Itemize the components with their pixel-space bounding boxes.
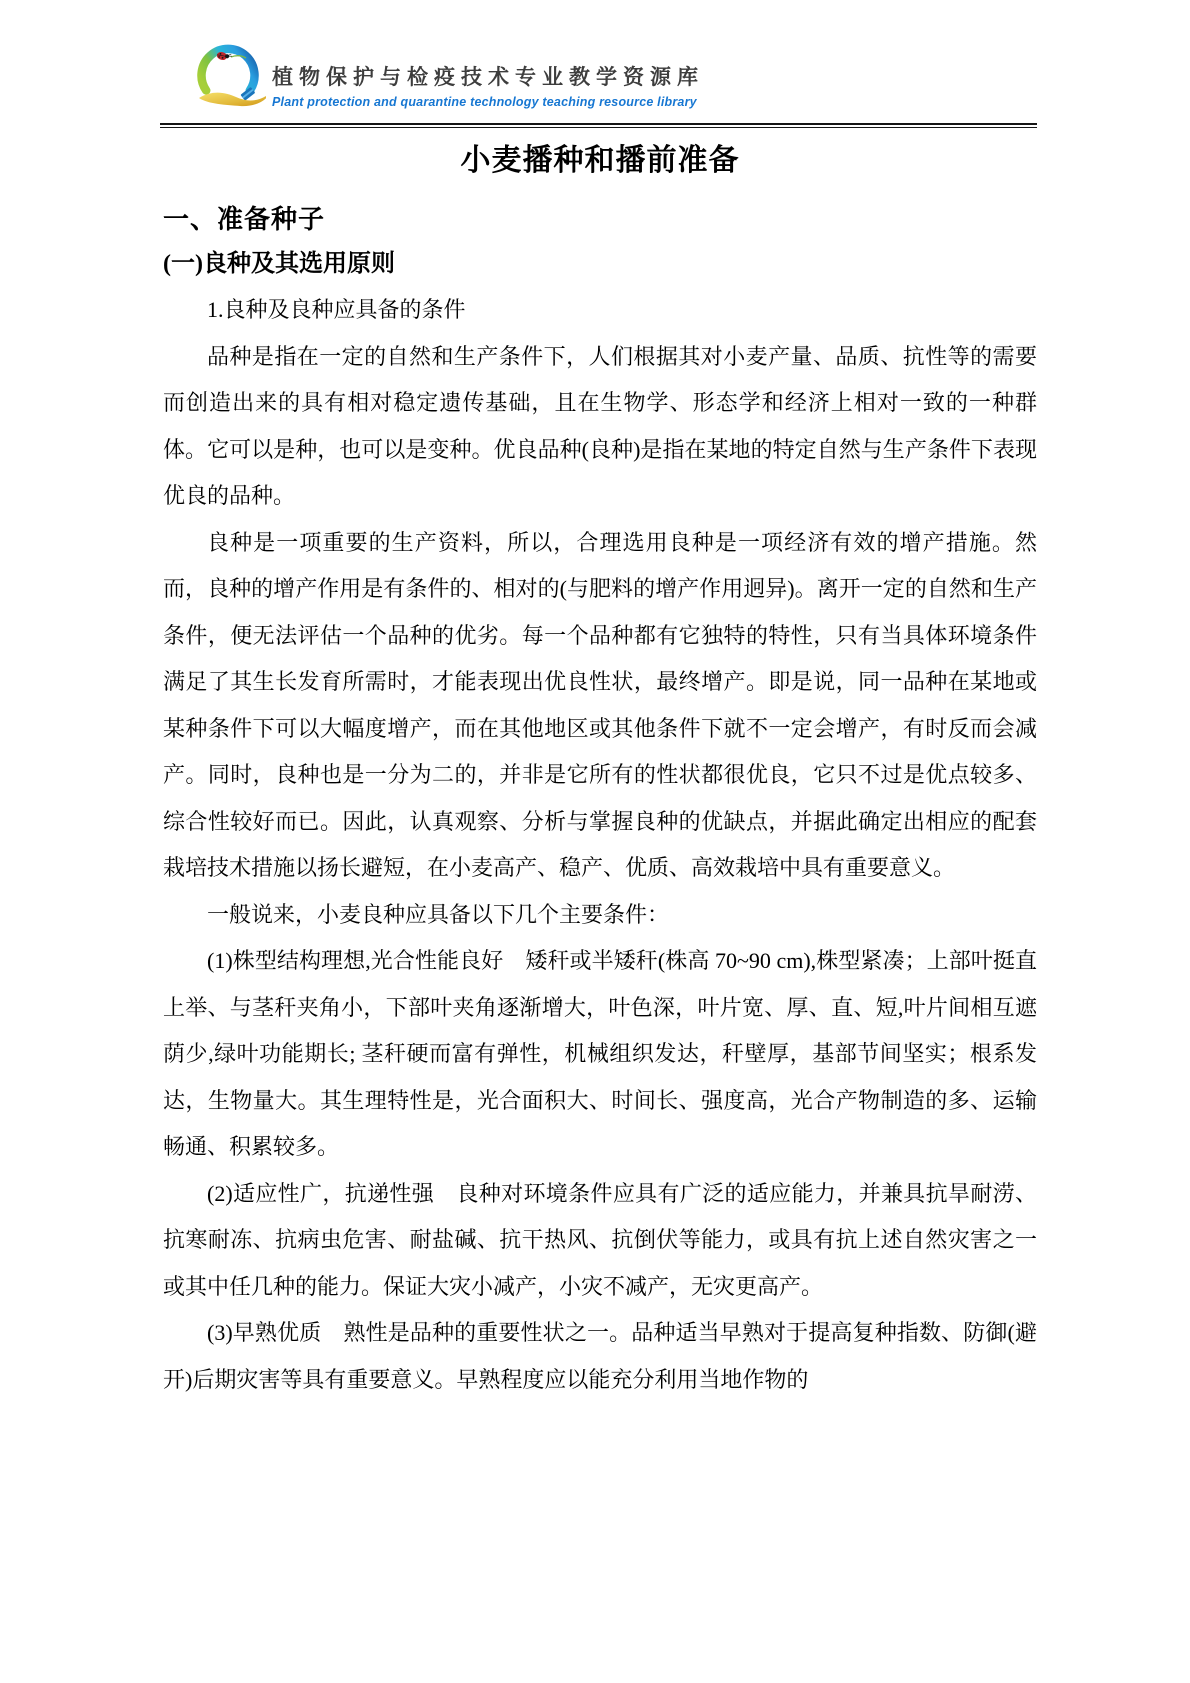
subsection-heading: (一)良种及其选用原则 bbox=[163, 250, 1037, 278]
paragraph: 良种是一项重要的生产资料，所以，合理选用良种是一项经济有效的增产措施。然而，良种… bbox=[163, 520, 1037, 892]
paragraph: 一般说来，小麦良种应具备以下几个主要条件： bbox=[163, 892, 1037, 939]
paragraph: (2)适应性广，抗递性强 良种对环境条件应具有广泛的适应能力，并兼具抗旱耐涝、抗… bbox=[163, 1171, 1037, 1311]
paragraph: (1)株型结构理想,光合性能良好 矮秆或半矮秆(株高 70~90 cm),株型紧… bbox=[163, 938, 1037, 1171]
document-page: 植物保护与检疫技术专业教学资源库 Plant protection and qu… bbox=[0, 0, 1190, 1683]
section-heading: 一、准备种子 bbox=[163, 205, 1037, 233]
paragraph: 品种是指在一定的自然和生产条件下，人们根据其对小麦产量、品质、抗性等的需要而创造… bbox=[163, 334, 1037, 520]
page-title: 小麦播种和播前准备 bbox=[163, 142, 1037, 180]
document-content: 小麦播种和播前准备 一、准备种子 (一)良种及其选用原则 1.良种及良种应具备的… bbox=[163, 0, 1037, 1403]
body-text: 1.良种及良种应具备的条件 品种是指在一定的自然和生产条件下，人们根据其对小麦产… bbox=[163, 287, 1037, 1403]
item-heading: 1.良种及良种应具备的条件 bbox=[163, 287, 1037, 334]
paragraph: (3)早熟优质 熟性是品种的重要性状之一。品种适当早熟对于提高复种指数、防御(避… bbox=[163, 1310, 1037, 1403]
